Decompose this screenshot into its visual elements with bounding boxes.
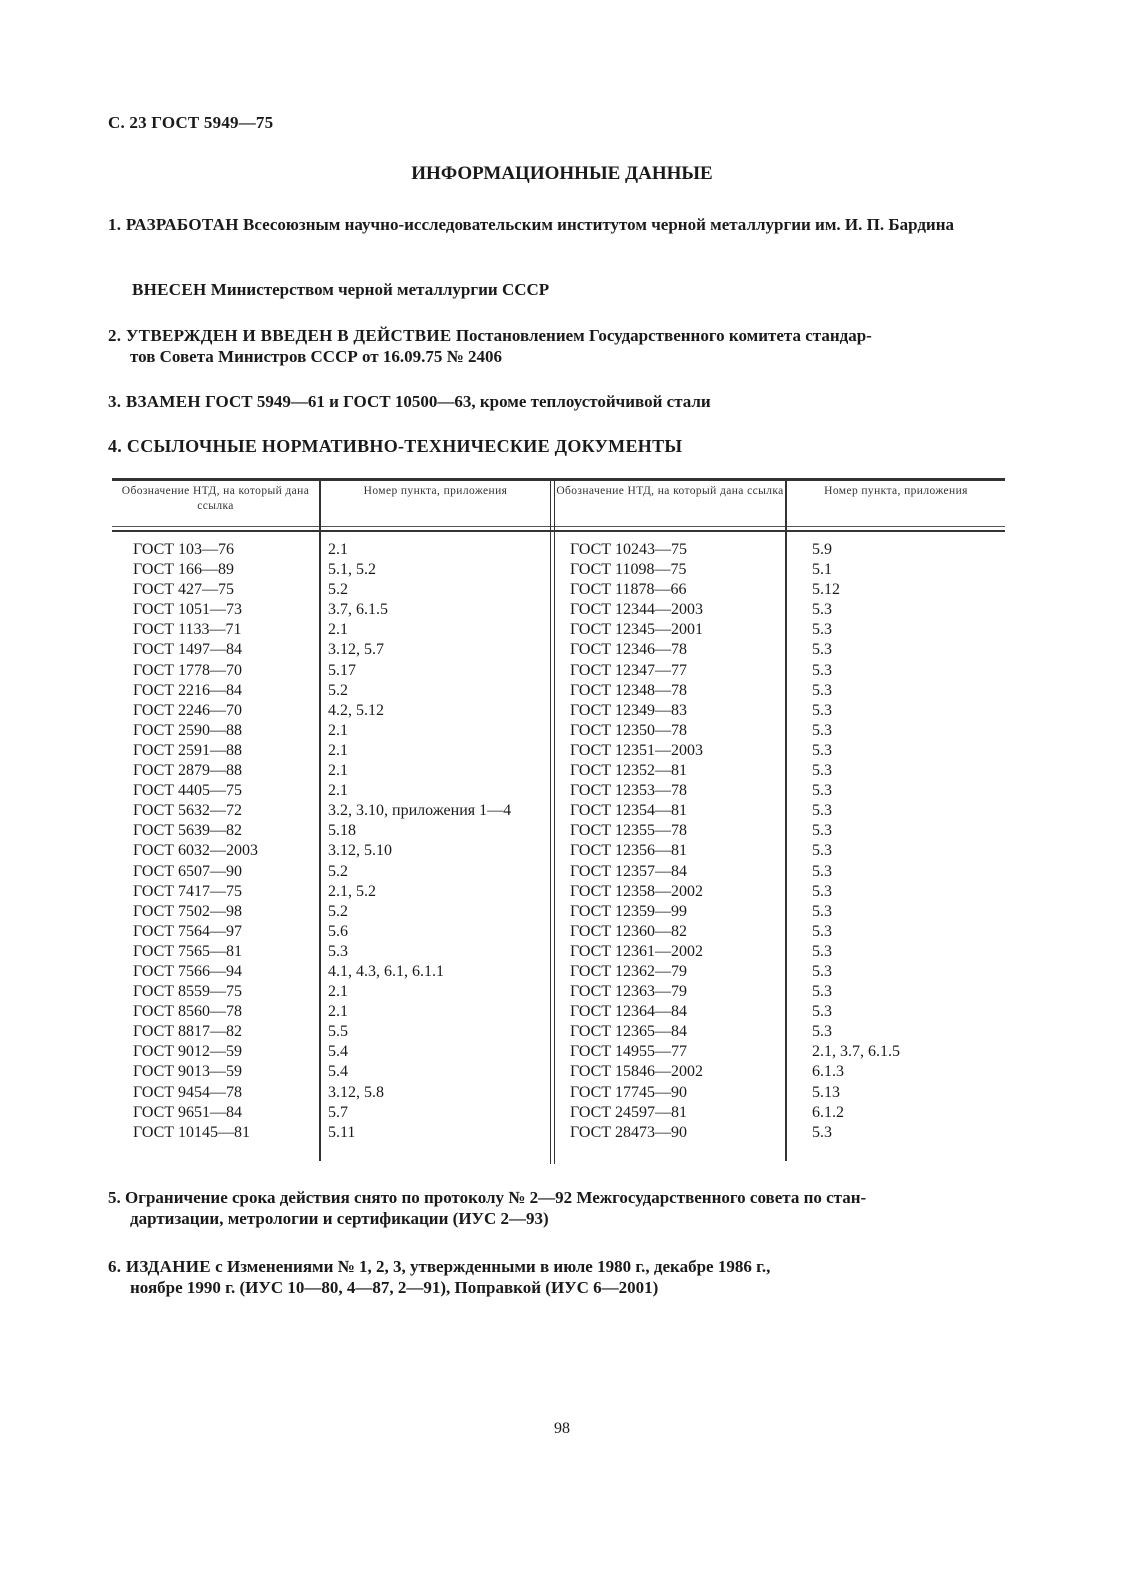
table-cell-document: ГОСТ 12356—81 [570, 841, 703, 861]
table-cell-reference: 5.3 [812, 1123, 900, 1143]
table-cell-reference: 6.1.2 [812, 1103, 900, 1123]
table-cell-reference: 2.1 [328, 1002, 511, 1022]
table-cell-reference: 5.3 [812, 862, 900, 882]
table-cell-reference: 5.12 [812, 580, 900, 600]
table-cell-reference: 5.3 [812, 620, 900, 640]
table-cell-document: ГОСТ 12365—84 [570, 1022, 703, 1042]
table-cell-reference: 2.1 [328, 761, 511, 781]
table-cell-reference: 5.4 [328, 1042, 511, 1062]
table-cell-reference: 5.3 [812, 781, 900, 801]
page-reference: С. 23 ГОСТ 5949—75 [108, 113, 273, 133]
table-cell-document: ГОСТ 9454—78 [133, 1083, 258, 1103]
table-cell-reference: 5.6 [328, 922, 511, 942]
section-5: 5. Ограничение срока действия снято по п… [108, 1187, 1008, 1229]
table-cell-reference: 5.3 [812, 982, 900, 1002]
table-cell-document: ГОСТ 15846—2002 [570, 1062, 703, 1082]
table-cell-document: ГОСТ 12347—77 [570, 661, 703, 681]
table-cell-reference: 5.9 [812, 540, 900, 560]
section-6-text-2: ноябре 1990 г. (ИУС 10—80, 4—87, 2—91), … [108, 1277, 1008, 1298]
table-cell-reference: 5.5 [328, 1022, 511, 1042]
section-3: 3. ВЗАМЕН ГОСТ 5949—61 и ГОСТ 10500—63, … [108, 391, 1008, 412]
table-cell-document: ГОСТ 6032—2003 [133, 841, 258, 861]
section-5-text-1: 5. Ограничение срока действия снято по п… [108, 1188, 866, 1207]
table-cell-document: ГОСТ 427—75 [133, 580, 258, 600]
table-cell-document: ГОСТ 2216—84 [133, 681, 258, 701]
table-cell-document: ГОСТ 10243—75 [570, 540, 703, 560]
table-cell-document: ГОСТ 12362—79 [570, 962, 703, 982]
table-cell-document: ГОСТ 11098—75 [570, 560, 703, 580]
table-cell-reference: 5.3 [812, 1022, 900, 1042]
section-4-heading: 4. ССЫЛОЧНЫЕ НОРМАТИВНО-ТЕХНИЧЕСКИЕ ДОКУ… [108, 436, 1008, 457]
table-cell-reference: 5.2 [328, 681, 511, 701]
table-cell-reference: 5.3 [812, 741, 900, 761]
table-cell-reference: 5.3 [812, 681, 900, 701]
section-1-label: 1. РАЗРАБОТАН [108, 215, 239, 234]
table-cell-reference: 5.2 [328, 580, 511, 600]
table-cell-document: ГОСТ 8817—82 [133, 1022, 258, 1042]
table-cell-reference: 5.3 [812, 801, 900, 821]
table-top-rule [112, 478, 1005, 481]
table-cell-document: ГОСТ 9012—59 [133, 1042, 258, 1062]
table-cell-document: ГОСТ 7565—81 [133, 942, 258, 962]
table-cell-reference: 5.3 [812, 841, 900, 861]
table-cell-document: ГОСТ 12358—2002 [570, 882, 703, 902]
table-cell-reference: 2.1 [328, 620, 511, 640]
section-6: 6. ИЗДАНИЕ с Изменениями № 1, 2, 3, утве… [108, 1256, 1008, 1298]
table-cell-document: ГОСТ 10145—81 [133, 1123, 258, 1143]
column-divider [319, 481, 321, 1161]
table-cell-reference: 5.3 [812, 902, 900, 922]
table-cell-document: ГОСТ 17745—90 [570, 1083, 703, 1103]
table-cell-document: ГОСТ 12354—81 [570, 801, 703, 821]
table-cell-document: ГОСТ 166—89 [133, 560, 258, 580]
table-cell-document: ГОСТ 12360—82 [570, 922, 703, 942]
table-cell-document: ГОСТ 12355—78 [570, 821, 703, 841]
table-cell-document: ГОСТ 12351—2003 [570, 741, 703, 761]
table-cell-document: ГОСТ 2590—88 [133, 721, 258, 741]
table-cell-reference: 5.3 [812, 640, 900, 660]
table-cell-document: ГОСТ 7502—98 [133, 902, 258, 922]
table-header-rule [112, 526, 1005, 527]
section-1-introduced: ВНЕСЕН Министерством черной металлургии … [132, 279, 1032, 300]
table-cell-document: ГОСТ 24597—81 [570, 1103, 703, 1123]
section-1: 1. РАЗРАБОТАН Всесоюзным научно-исследов… [108, 214, 1008, 235]
section-2-label: 2. УТВЕРЖДЕН И ВВЕДЕН В ДЕЙСТВИЕ [108, 326, 452, 345]
table-header-ref-right: Номер пункта, приложения [787, 484, 1005, 524]
table-cell-reference: 5.3 [812, 600, 900, 620]
left-doc-column: ГОСТ 103—76ГОСТ 166—89ГОСТ 427—75ГОСТ 10… [133, 540, 258, 1143]
table-cell-reference: 2.1, 5.2 [328, 882, 511, 902]
table-cell-document: ГОСТ 12364—84 [570, 1002, 703, 1022]
table-cell-reference: 3.7, 6.1.5 [328, 600, 511, 620]
table-cell-document: ГОСТ 12363—79 [570, 982, 703, 1002]
table-cell-document: ГОСТ 12359—99 [570, 902, 703, 922]
table-cell-reference: 5.11 [328, 1123, 511, 1143]
table-cell-document: ГОСТ 1133—71 [133, 620, 258, 640]
table-cell-reference: 5.1 [812, 560, 900, 580]
table-cell-reference: 5.3 [812, 1002, 900, 1022]
table-cell-reference: 5.13 [812, 1083, 900, 1103]
table-cell-reference: 4.1, 4.3, 6.1, 6.1.1 [328, 962, 511, 982]
table-cell-document: ГОСТ 12344—2003 [570, 600, 703, 620]
table-cell-document: ГОСТ 12348—78 [570, 681, 703, 701]
reference-table: Обозначение НТД, на который дана ссылка … [112, 478, 1005, 1164]
table-cell-reference: 2.1 [328, 982, 511, 1002]
table-cell-document: ГОСТ 8560—78 [133, 1002, 258, 1022]
table-header-doc-right: Обозначение НТД, на который дана ссылка [555, 484, 785, 524]
table-cell-reference: 3.12, 5.7 [328, 640, 511, 660]
table-header-ref-left: Номер пункта, приложения [321, 484, 550, 524]
table-cell-document: ГОСТ 12350—78 [570, 721, 703, 741]
right-doc-column: ГОСТ 10243—75ГОСТ 11098—75ГОСТ 11878—66Г… [570, 540, 703, 1143]
table-cell-reference: 5.7 [328, 1103, 511, 1123]
table-cell-reference: 2.1 [328, 781, 511, 801]
table-cell-document: ГОСТ 4405—75 [133, 781, 258, 801]
table-cell-reference: 2.1 [328, 540, 511, 560]
section-6-text-1: с Изменениями № 1, 2, 3, утвержденными в… [211, 1257, 770, 1276]
table-cell-document: ГОСТ 12345—2001 [570, 620, 703, 640]
table-cell-document: ГОСТ 2591—88 [133, 741, 258, 761]
table-cell-document: ГОСТ 1051—73 [133, 600, 258, 620]
table-cell-document: ГОСТ 9651—84 [133, 1103, 258, 1123]
table-cell-reference: 5.3 [812, 721, 900, 741]
section-1b-label: ВНЕСЕН [132, 280, 207, 299]
table-cell-reference: 5.3 [812, 761, 900, 781]
table-cell-document: ГОСТ 1497—84 [133, 640, 258, 660]
table-cell-document: ГОСТ 12357—84 [570, 862, 703, 882]
section-5-text-2: дартизации, метрологии и сертификации (И… [108, 1208, 1008, 1229]
table-cell-document: ГОСТ 9013—59 [133, 1062, 258, 1082]
section-2-text-2: тов Совета Министров СССР от 16.09.75 № … [108, 346, 1008, 367]
table-cell-document: ГОСТ 12346—78 [570, 640, 703, 660]
table-cell-reference: 6.1.3 [812, 1062, 900, 1082]
table-cell-reference: 4.2, 5.12 [328, 701, 511, 721]
table-cell-reference: 2.1, 3.7, 6.1.5 [812, 1042, 900, 1062]
right-ref-column: 5.95.15.125.35.35.35.35.35.35.35.35.35.3… [812, 540, 900, 1143]
table-cell-reference: 3.12, 5.8 [328, 1083, 511, 1103]
table-cell-reference: 2.1 [328, 721, 511, 741]
section-1b-text: Министерством черной металлургии СССР [207, 280, 550, 299]
section-1-text: Всесоюзным научно-исследовательским инст… [239, 215, 954, 234]
table-cell-reference: 5.3 [812, 701, 900, 721]
table-cell-document: ГОСТ 2879—88 [133, 761, 258, 781]
table-cell-document: ГОСТ 12353—78 [570, 781, 703, 801]
table-cell-reference: 5.3 [812, 942, 900, 962]
table-cell-reference: 5.3 [812, 821, 900, 841]
table-cell-document: ГОСТ 14955—77 [570, 1042, 703, 1062]
column-divider [785, 481, 787, 1161]
section-3-text: ГОСТ 5949—61 и ГОСТ 10500—63, кроме тепл… [201, 392, 711, 411]
table-cell-reference: 5.3 [812, 922, 900, 942]
table-cell-document: ГОСТ 12352—81 [570, 761, 703, 781]
table-header-rule-bold [112, 530, 1005, 532]
table-cell-document: ГОСТ 5632—72 [133, 801, 258, 821]
table-cell-document: ГОСТ 1778—70 [133, 661, 258, 681]
table-cell-document: ГОСТ 7566—94 [133, 962, 258, 982]
table-cell-reference: 5.3 [812, 882, 900, 902]
table-cell-reference: 5.3 [328, 942, 511, 962]
center-double-divider [550, 481, 551, 1164]
page-title: ИНФОРМАЦИОННЫЕ ДАННЫЕ [0, 163, 1124, 185]
table-cell-document: ГОСТ 7417—75 [133, 882, 258, 902]
table-cell-document: ГОСТ 12349—83 [570, 701, 703, 721]
table-cell-document: ГОСТ 6507—90 [133, 862, 258, 882]
section-6-label: 6. ИЗДАНИЕ [108, 1257, 211, 1276]
section-3-label: 3. ВЗАМЕН [108, 392, 201, 411]
table-cell-document: ГОСТ 11878—66 [570, 580, 703, 600]
table-cell-reference: 5.4 [328, 1062, 511, 1082]
table-cell-reference: 5.1, 5.2 [328, 560, 511, 580]
table-cell-document: ГОСТ 2246—70 [133, 701, 258, 721]
table-cell-reference: 5.3 [812, 661, 900, 681]
table-cell-reference: 5.17 [328, 661, 511, 681]
table-cell-document: ГОСТ 12361—2002 [570, 942, 703, 962]
table-cell-reference: 3.12, 5.10 [328, 841, 511, 861]
table-cell-reference: 2.1 [328, 741, 511, 761]
table-cell-reference: 5.3 [812, 962, 900, 982]
table-cell-reference: 5.18 [328, 821, 511, 841]
section-2: 2. УТВЕРЖДЕН И ВВЕДЕН В ДЕЙСТВИЕ Постано… [108, 325, 1008, 367]
table-cell-document: ГОСТ 8559—75 [133, 982, 258, 1002]
table-cell-document: ГОСТ 5639—82 [133, 821, 258, 841]
table-cell-reference: 5.2 [328, 862, 511, 882]
table-cell-document: ГОСТ 103—76 [133, 540, 258, 560]
table-cell-document: ГОСТ 7564—97 [133, 922, 258, 942]
table-cell-reference: 3.2, 3.10, приложения 1—4 [328, 801, 511, 821]
section-2-text-1: Постановлением Государственного комитета… [452, 326, 872, 345]
center-double-divider [554, 481, 555, 1164]
left-ref-column: 2.15.1, 5.25.23.7, 6.1.52.13.12, 5.75.17… [328, 540, 511, 1143]
table-cell-document: ГОСТ 28473—90 [570, 1123, 703, 1143]
table-cell-reference: 5.2 [328, 902, 511, 922]
table-header-doc-left: Обозначение НТД, на который дана ссылка [112, 484, 319, 524]
page-number: 98 [0, 1420, 1124, 1438]
